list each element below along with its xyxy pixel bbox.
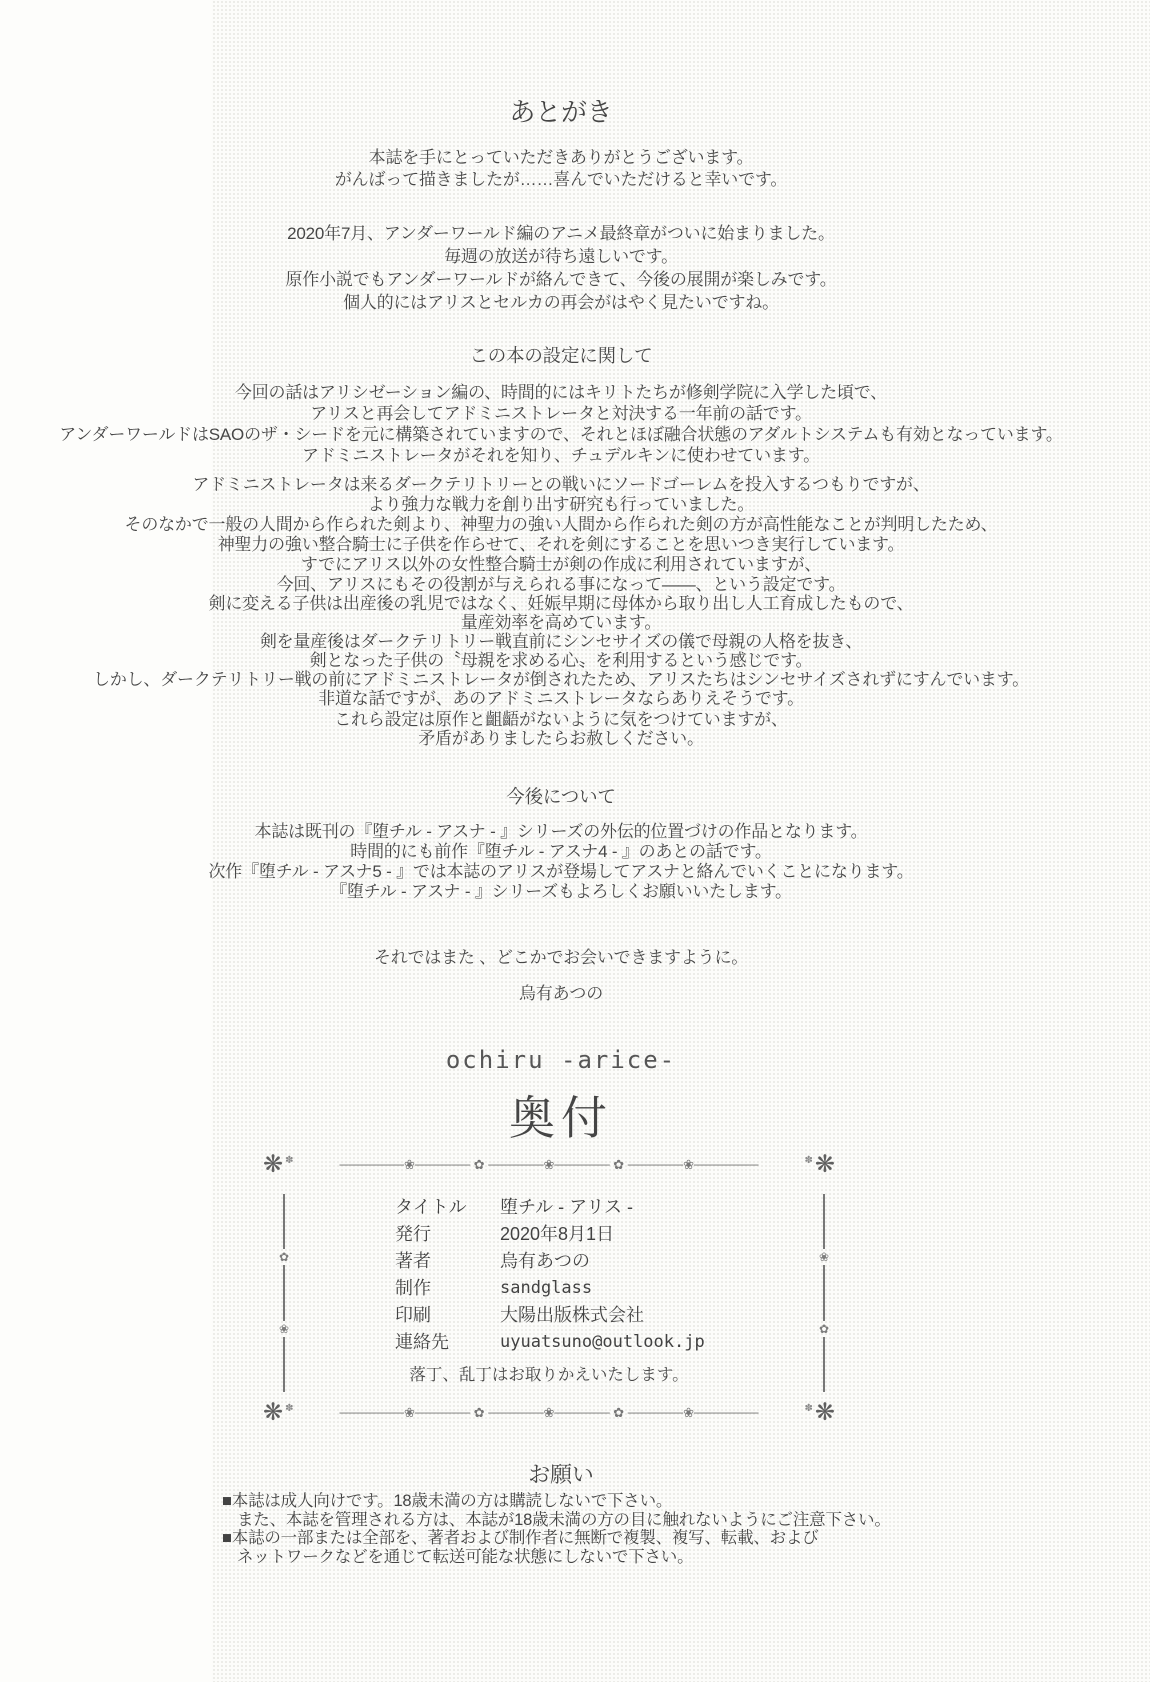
colophon-row-published: 発行 2020年8月1日 bbox=[263, 1221, 835, 1248]
text-line: 神聖力の強い整合騎士に子供を作らせて、それを剣にすることを思いつき実行しています… bbox=[0, 535, 1122, 555]
row-label: 制作 bbox=[395, 1275, 500, 1302]
small-flower-icon: ❀ bbox=[279, 1321, 289, 1337]
row-value: uyuatsuno@outlook.jp bbox=[500, 1329, 705, 1356]
text-line: 個人的にはアリスとセルカの再会がはやく見たいですね。 bbox=[0, 291, 1122, 314]
small-flower-icon: ✿ bbox=[819, 1321, 829, 1337]
closing-message: それではまた 、どこかでお会いできますように。 bbox=[0, 943, 1122, 968]
small-flower-icon: ✽ bbox=[285, 1155, 293, 1166]
text-line: 剣を量産後はダークテリトリー戦直前にシンセサイズの儀で母親の人格を抜き、 bbox=[0, 632, 1122, 651]
author-name: 烏有あつの bbox=[0, 979, 1122, 1004]
settings-paragraph-1: 今回の話はアリシゼーション編の、時間的にはキリトたちが修剣学院に入学した頃で、 … bbox=[0, 382, 1122, 466]
colophon-row-production: 制作 sandglass bbox=[263, 1275, 835, 1302]
row-value: 烏有あつの bbox=[500, 1248, 590, 1275]
text-line: すでにアリス以外の女性整合騎士が剣の作成に利用されていますが、 bbox=[0, 555, 1122, 575]
series-logo: ochiru -arice- bbox=[0, 1046, 1122, 1074]
afterword-intro-paragraph: 本誌を手にとっていただきありがとうございます。 がんばって描きましたが……喜んで… bbox=[0, 147, 1122, 191]
text-line: 2020年7月、アンダーワールド編のアニメ最終章がついに始まりました。 bbox=[0, 222, 1122, 245]
text-line: アドミニストレータがそれを知り、チュデルキンに使わせています。 bbox=[0, 445, 1122, 466]
row-value: 大陽出版株式会社 bbox=[500, 1302, 644, 1329]
text-line: 本誌を手にとっていただきありがとうございます。 bbox=[0, 147, 1122, 169]
colophon-row-printer: 印刷 大陽出版株式会社 bbox=[263, 1302, 835, 1329]
colophon-frame: ❋ ✽ ───────❀────── ✿ ──────❀────── ✿ ───… bbox=[263, 1150, 835, 1428]
notice-item-continuation: ネットワークなどを通じて転送可能な状態にしないで下さい。 bbox=[222, 1548, 891, 1567]
text-line: アドミニストレータは来るダークテリトリーとの戦いにソードゴーレムを投入するつもり… bbox=[0, 475, 1122, 495]
settings-paragraph-3: 剣に変える子供は出産後の乳児ではなく、妊娠早期に母体から取り出し人工育成したもの… bbox=[0, 594, 1122, 708]
colophon-row-contact: 連絡先 uyuatsuno@outlook.jp bbox=[263, 1329, 835, 1356]
row-label: タイトル bbox=[395, 1194, 500, 1221]
text-line: 原作小説でもアンダーワールドが絡んできて、今後の展開が楽しみです。 bbox=[0, 268, 1122, 291]
text-line: 今回の話はアリシゼーション編の、時間的にはキリトたちが修剣学院に入学した頃で、 bbox=[0, 382, 1122, 403]
border-line bbox=[283, 1194, 285, 1249]
text-line: 剣に変える子供は出産後の乳児ではなく、妊娠早期に母体から取り出し人工育成したもの… bbox=[0, 594, 1122, 613]
corner-flower-icon: ❋ bbox=[815, 1153, 835, 1177]
text-line: 毎週の放送が待ち遠しいです。 bbox=[0, 245, 1122, 268]
small-flower-icon: ✽ bbox=[805, 1403, 813, 1414]
text-line: 矛盾がありましたらお赦しください。 bbox=[0, 729, 1122, 748]
frame-left-border: ✿ ❀ bbox=[279, 1194, 289, 1392]
corner-flower-icon: ❋ bbox=[263, 1153, 283, 1177]
settings-section-heading: この本の設定に関して bbox=[0, 342, 1122, 368]
text-line: 今回、アリスにもその役割が与えられる事になって――、という設定です。 bbox=[0, 575, 1122, 595]
row-label: 著者 bbox=[395, 1248, 500, 1275]
text-line: そのなかで一般の人間から作られた剣より、神聖力の強い人間から作られた剣の方が高性… bbox=[0, 515, 1122, 535]
row-value: sandglass bbox=[500, 1275, 592, 1302]
text-line: 本誌は既刊の『堕チル - アスナ - 』シリーズの外伝的位置づけの作品となります… bbox=[0, 822, 1122, 842]
border-line bbox=[823, 1265, 825, 1320]
notice-item: ■本誌の一部または全部を、著者および制作者に無断で複製、複写、転載、および bbox=[222, 1529, 891, 1548]
text-line: 量産効率を高めています。 bbox=[0, 613, 1122, 632]
notice-list: ■本誌は成人向けです。18歳未満の方は購読しないで下さい。 また、本誌を管理され… bbox=[222, 1492, 891, 1566]
scanned-doujinshi-afterword-page: あとがき 本誌を手にとっていただきありがとうございます。 がんばって描きましたが… bbox=[0, 0, 1150, 1682]
row-label: 発行 bbox=[395, 1221, 500, 1248]
small-flower-icon: ✽ bbox=[805, 1155, 813, 1166]
small-flower-icon: ✽ bbox=[285, 1403, 293, 1414]
flower-line-ornament: ───────❀────── ✿ ──────❀────── ✿ ──────❀… bbox=[296, 1157, 803, 1173]
settings-paragraph-2: アドミニストレータは来るダークテリトリーとの戦いにソードゴーレムを投入するつもり… bbox=[0, 475, 1122, 595]
future-section-heading: 今後について bbox=[0, 783, 1122, 809]
text-line: がんばって描きましたが……喜んでいただけると幸いです。 bbox=[0, 169, 1122, 191]
frame-bottom-border: ❋ ✽ ───────❀────── ✿ ──────❀────── ✿ ───… bbox=[263, 1398, 835, 1428]
text-line: 非道な話ですが、あのアドミニストレータならありえそうです。 bbox=[0, 689, 1122, 708]
text-line: これら設定は原作と齟齬がないように気をつけていますが、 bbox=[0, 710, 1122, 729]
text-line: しかし、ダークテリトリー戦の前にアドミニストレータが倒されたため、アリスたちはシ… bbox=[0, 670, 1122, 689]
notice-item: ■本誌は成人向けです。18歳未満の方は購読しないで下さい。 bbox=[222, 1492, 891, 1511]
row-value: 2020年8月1日 bbox=[500, 1221, 614, 1248]
text-line: アンダーワールドはSAOのザ・シードを元に構築されていますので、それとほぼ融合状… bbox=[0, 424, 1122, 445]
row-value: 堕チル - アリス - bbox=[500, 1194, 633, 1221]
corner-flower-icon: ❋ bbox=[263, 1401, 283, 1425]
colophon-table: タイトル 堕チル - アリス - 発行 2020年8月1日 著者 烏有あつの 制… bbox=[263, 1194, 835, 1356]
text-line: 剣となった子供の〝母親を求める心〟を利用するという感じです。 bbox=[0, 651, 1122, 670]
small-flower-icon: ✿ bbox=[279, 1249, 289, 1265]
text-line: 次作『堕チル - アスナ5 - 』では本誌のアリスが登場してアスナと絡んでいくこ… bbox=[0, 862, 1122, 882]
text-line: より強力な戦力を創り出す研究も行っていました。 bbox=[0, 495, 1122, 515]
frame-top-border: ❋ ✽ ───────❀────── ✿ ──────❀────── ✿ ───… bbox=[263, 1150, 835, 1180]
text-line: アリスと再会してアドミニストレータと対決する一年前の話です。 bbox=[0, 403, 1122, 424]
notice-heading: お願い bbox=[0, 1458, 1122, 1489]
notice-item-continuation: また、本誌を管理される方は、本誌が18歳未満の方の目に触れないようにご注意下さい… bbox=[222, 1511, 891, 1530]
border-line bbox=[283, 1265, 285, 1320]
colophon-row-title: タイトル 堕チル - アリス - bbox=[263, 1194, 835, 1221]
colophon-row-author: 著者 烏有あつの bbox=[263, 1248, 835, 1275]
frame-right-border: ❀ ✿ bbox=[819, 1194, 829, 1392]
border-line bbox=[823, 1194, 825, 1249]
border-line bbox=[283, 1337, 285, 1392]
small-flower-icon: ❀ bbox=[819, 1249, 829, 1265]
flower-line-ornament: ───────❀────── ✿ ──────❀────── ✿ ──────❀… bbox=[296, 1405, 803, 1421]
corner-flower-icon: ❋ bbox=[815, 1401, 835, 1425]
row-label: 連絡先 bbox=[395, 1329, 500, 1356]
afterword-anime-paragraph: 2020年7月、アンダーワールド編のアニメ最終章がついに始まりました。 毎週の放… bbox=[0, 222, 1122, 314]
border-line bbox=[823, 1337, 825, 1392]
defective-copy-note: 落丁、乱丁はお取りかえいたします。 bbox=[263, 1365, 835, 1385]
text-line: 『堕チル - アスナ - 』シリーズもよろしくお願いいたします。 bbox=[0, 882, 1122, 902]
text-line: 時間的にも前作『堕チル - アスナ4 - 』のあとの話です。 bbox=[0, 842, 1122, 862]
future-paragraph: 本誌は既刊の『堕チル - アスナ - 』シリーズの外伝的位置づけの作品となります… bbox=[0, 822, 1122, 902]
settings-paragraph-4: これら設定は原作と齟齬がないように気をつけていますが、 矛盾がありましたらお赦し… bbox=[0, 710, 1122, 748]
afterword-title: あとがき bbox=[0, 92, 1122, 129]
colophon-title: 奥付 bbox=[0, 1082, 1122, 1148]
row-label: 印刷 bbox=[395, 1302, 500, 1329]
